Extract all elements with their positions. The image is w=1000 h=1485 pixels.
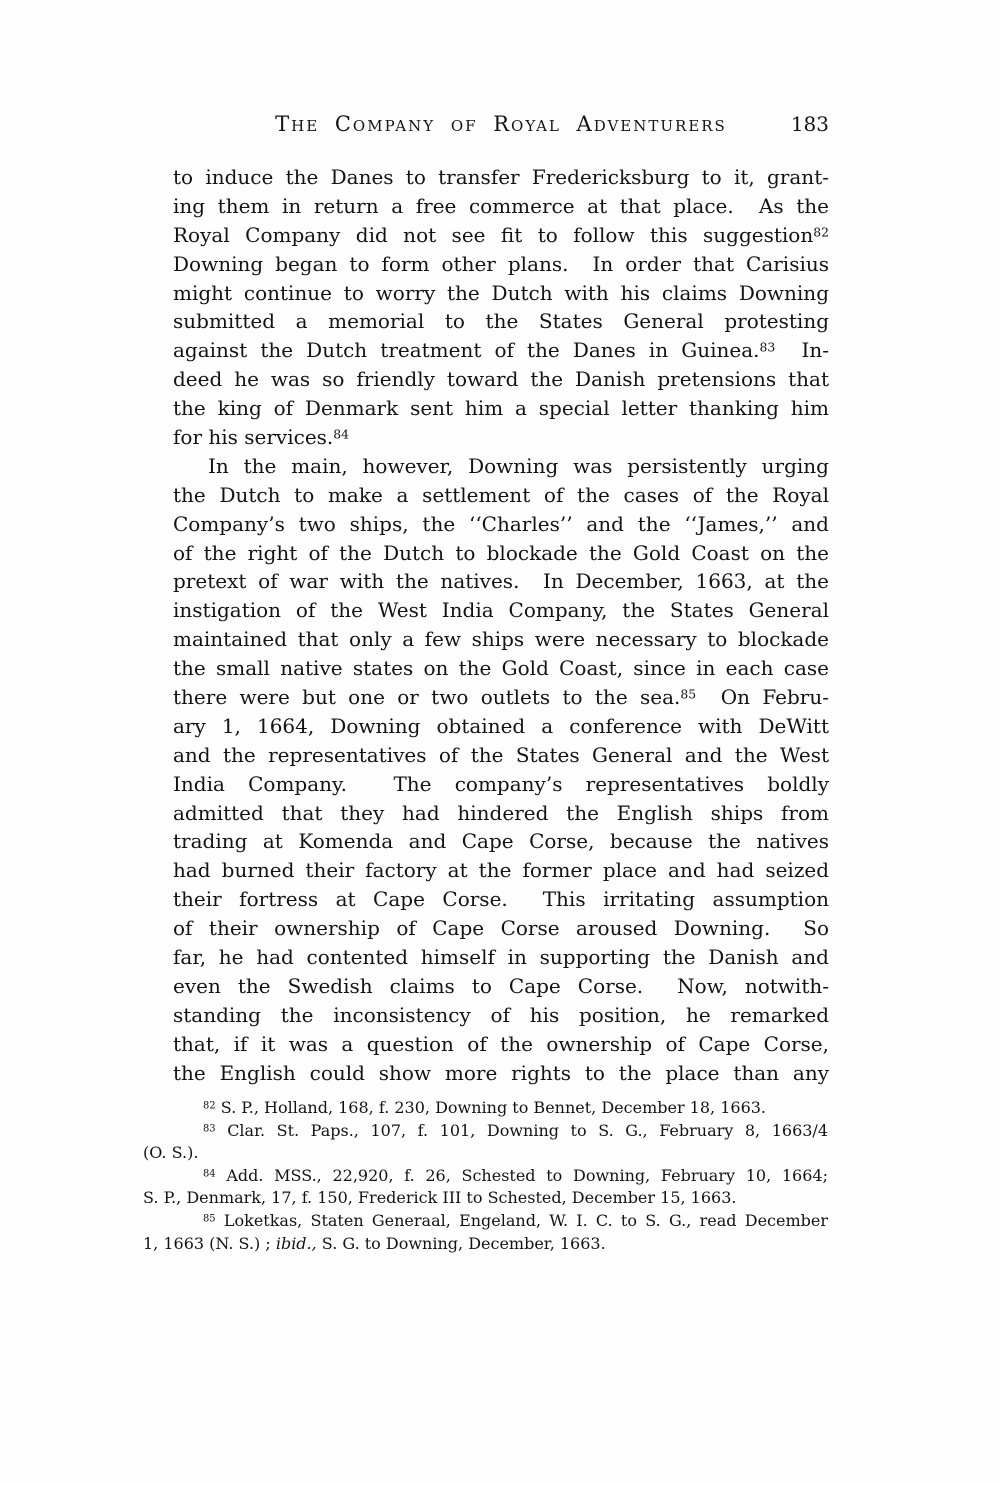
footnote-line: S. P., Denmark, 17, f. 150, Frederick II…: [143, 1187, 828, 1210]
footnote-reference: 85: [680, 686, 696, 701]
footnote-marker: 83: [203, 1123, 216, 1134]
book-page: The Company of Royal Adventurers 183 to …: [0, 0, 1000, 1485]
text-line: deed he was so friendly toward the Danis…: [173, 365, 829, 394]
footnote-line: 85 Loketkas, Staten Generaal, Engeland, …: [143, 1210, 828, 1233]
paragraph: to induce the Danes to transfer Frederic…: [173, 163, 829, 452]
text-line: ing them in return a free commerce at th…: [173, 192, 829, 221]
text-line: admitted that they had hindered the Engl…: [173, 799, 829, 828]
body-text: to induce the Danes to transfer Frederic…: [173, 163, 829, 1088]
footnote-reference: 84: [333, 426, 349, 441]
text-line: of the right of the Dutch to blockade th…: [173, 539, 829, 568]
text-line: even the Swedish claims to Cape Corse. N…: [173, 972, 829, 1001]
footnote-marker: 85: [203, 1214, 216, 1225]
footnote-line: 1, 1663 (N. S.) ; ibid., S. G. to Downin…: [143, 1233, 828, 1256]
text-line: far, he had contented himself in support…: [173, 943, 829, 972]
text-line: the Dutch to make a settlement of the ca…: [173, 481, 829, 510]
italic-text: ibid.,: [276, 1234, 317, 1253]
text-line: instigation of the West India Company, t…: [173, 596, 829, 625]
text-line: that, if it was a question of the owners…: [173, 1030, 829, 1059]
text-line: India Company. The company’s representat…: [173, 770, 829, 799]
text-line: for his services.84: [173, 423, 829, 452]
text-line: pretext of war with the natives. In Dece…: [173, 567, 829, 596]
paragraph: In the main, however, Downing was persis…: [173, 452, 829, 1088]
page-header: The Company of Royal Adventurers 183: [173, 112, 829, 140]
text-line: Downing began to form other plans. In or…: [173, 250, 829, 279]
text-line: Royal Company did not see fit to follow …: [173, 221, 829, 250]
text-line: there were but one or two outlets to the…: [173, 683, 829, 712]
text-line: of their ownership of Cape Corse aroused…: [173, 914, 829, 943]
footnote-line: (O. S.).: [143, 1142, 828, 1165]
footnotes: 82 S. P., Holland, 168, f. 230, Downing …: [143, 1097, 828, 1255]
running-title: The Company of Royal Adventurers: [173, 112, 829, 136]
text-line: Company’s two ships, the ‘‘Charles’’ and…: [173, 510, 829, 539]
footnote-marker: 84: [203, 1168, 216, 1179]
footnote-line: 84 Add. MSS., 22,920, f. 26, Schested to…: [143, 1165, 828, 1188]
page-number: 183: [791, 112, 829, 136]
text-line: submitted a memorial to the States Gener…: [173, 307, 829, 336]
footnote-reference: 83: [760, 340, 776, 355]
footnote-line: 82 S. P., Holland, 168, f. 230, Downing …: [143, 1097, 828, 1120]
text-line: had burned their factory at the former p…: [173, 856, 829, 885]
text-line: to induce the Danes to transfer Frederic…: [173, 163, 829, 192]
text-line: the small native states on the Gold Coas…: [173, 654, 829, 683]
text-line: the king of Denmark sent him a special l…: [173, 394, 829, 423]
text-line: their fortress at Cape Corse. This irrit…: [173, 885, 829, 914]
text-line: maintained that only a few ships were ne…: [173, 625, 829, 654]
text-line: trading at Komenda and Cape Corse, becau…: [173, 827, 829, 856]
footnote-line: 83 Clar. St. Paps., 107, f. 101, Downing…: [143, 1120, 828, 1143]
text-line: the English could show more rights to th…: [173, 1059, 829, 1088]
footnote-marker: 82: [203, 1101, 216, 1112]
text-line: ary 1, 1664, Downing obtained a conferen…: [173, 712, 829, 741]
text-line: against the Dutch treatment of the Danes…: [173, 336, 829, 365]
text-line: might continue to worry the Dutch with h…: [173, 279, 829, 308]
footnote-reference: 82: [813, 224, 829, 239]
text-line: and the representatives of the States Ge…: [173, 741, 829, 770]
text-line: standing the inconsistency of his positi…: [173, 1001, 829, 1030]
text-line: In the main, however, Downing was persis…: [173, 452, 829, 481]
